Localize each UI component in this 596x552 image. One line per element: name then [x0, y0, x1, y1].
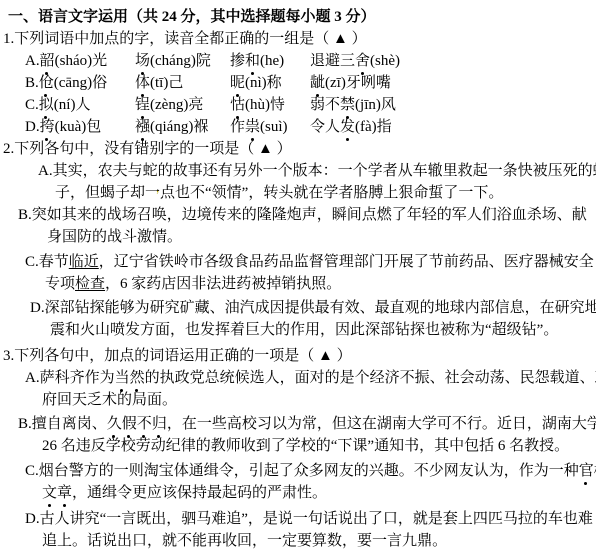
q1-d-word-3: 作祟(suì)	[230, 116, 310, 138]
q2-option-c-line2: 专项检查，6 家药店因非法进药被掉销执照。	[0, 273, 596, 295]
q2-option-b-line1: B.突如其来的战场召唤，边境传来的隆隆炮声，瞬间点燃了年轻的军人们浴血杀场、献	[0, 204, 596, 226]
q3-option-a-line2: 府回天乏术的局面。	[0, 389, 596, 411]
q2-option-c-line1: C.春节临近，辽宁省铁岭市各级食品药品监督管理部门开展了节前药品、医疗器械安全	[0, 251, 596, 273]
q1-c-word-2: 锃(zèng)亮	[135, 94, 230, 116]
q1-a-word-1: A.韶(sháo)光	[25, 50, 135, 72]
q1-stem: 1.下列词语中加点的字，读音全都正确的一组是（ ▲ ）	[0, 28, 596, 50]
q3-option-d-line2: 追上。话说出口，就不能再收回，一定要算数，要一言九鼎。	[0, 530, 596, 552]
q2-option-b-line2: 身国防的战斗激情。	[0, 226, 596, 248]
q1-c-word-3: 怙(hù)恃	[230, 94, 310, 116]
section-header: 一、语言文字运用（共 24 分，其中选择题每小题 3 分）	[0, 6, 596, 28]
q1-option-c: C.拟(ní)人 锃(zèng)亮 怙(hù)恃 弱不禁(jīn)风	[0, 94, 596, 116]
q1-b-word-1: B.伧(cāng)俗	[25, 72, 135, 94]
q2-option-a-line2: 子，但蝎子却一点也不“领情”，转头就在学者胳膊上狠命蜇了一下。	[0, 182, 596, 204]
q3-option-b-line2: 26 名违反学校劳动纪律的教师收到了学校的“下课”通知书，其中包括 6 名教授。	[0, 435, 596, 457]
q1-c-word-4: 弱不禁(jīn)风	[310, 94, 396, 116]
q2-stem: 2.下列各句中，没有错别字的一项是（ ▲ ）	[0, 138, 596, 160]
q1-b-word-4: 龇(zī)牙咧嘴	[310, 72, 391, 94]
q1-b-word-2: 体(tī)己	[135, 72, 230, 94]
q1-d-word-4: 令人发(fà)指	[310, 116, 392, 138]
q1-option-d: D.挎(kuà)包 襁(qiáng)褓 作祟(suì) 令人发(fà)指	[0, 116, 596, 138]
q1-option-b: B.伧(cāng)俗 体(tī)己 昵(nì)称 龇(zī)牙咧嘴	[0, 72, 596, 94]
q3-option-c-line1: C.烟台警方的一则淘宝体通缉令，引起了众多网友的兴趣。不少网友认为，作为一种官样	[0, 460, 596, 482]
q2-option-a-line1: A.其实，农夫与蛇的故事还有另外一个版本：一个学者从车辙里救起一条快被压死的蝎	[0, 160, 596, 182]
q3-option-d-line1: D.古人讲究“一言既出，驷马难追”，是说一句话说出了口，就是套上四匹马拉的车也难	[0, 508, 596, 530]
exam-document: 一、语言文字运用（共 24 分，其中选择题每小题 3 分） 1.下列词语中加点的…	[0, 0, 596, 552]
q2-option-d-line1: D.深部钻探能够为研究矿藏、油汽成因提供最有效、最直观的地球内部信息，在研究地	[0, 297, 596, 319]
q1-a-word-2: 场(cháng)院	[135, 50, 230, 72]
q1-a-word-3: 掺和(he)	[230, 50, 310, 72]
q1-d-word-1: D.挎(kuà)包	[25, 116, 135, 138]
q3-option-b-line1: B.擅自离岗、久假不归，在一些高校习以为常，但这在湖南大学可不行。近日，湖南大学	[0, 413, 596, 435]
q1-d-word-2: 襁(qiáng)褓	[135, 116, 230, 138]
q1-a-word-4: 退避三舍(shè)	[310, 50, 400, 72]
q1-option-a: A.韶(sháo)光 场(cháng)院 掺和(he) 退避三舍(shè)	[0, 50, 596, 72]
q1-b-word-3: 昵(nì)称	[230, 72, 310, 94]
q2-option-d-line2: 震和火山喷发方面，也发挥着巨大的作用，因此深部钻探也被称为“超级钻”。	[0, 319, 596, 341]
q3-stem: 3.下列各句中，加点的词语运用正确的一项是（ ▲ ）	[0, 345, 596, 367]
q1-c-word-1: C.拟(ní)人	[25, 94, 135, 116]
q3-option-a-line1: A.萨科齐作为当然的执政党总统候选人，面对的是个经济不振、社会动荡、民怨载道、政	[0, 367, 596, 389]
q3-option-c-line2: 文章，通缉令更应该保持最起码的严肃性。	[0, 482, 596, 504]
